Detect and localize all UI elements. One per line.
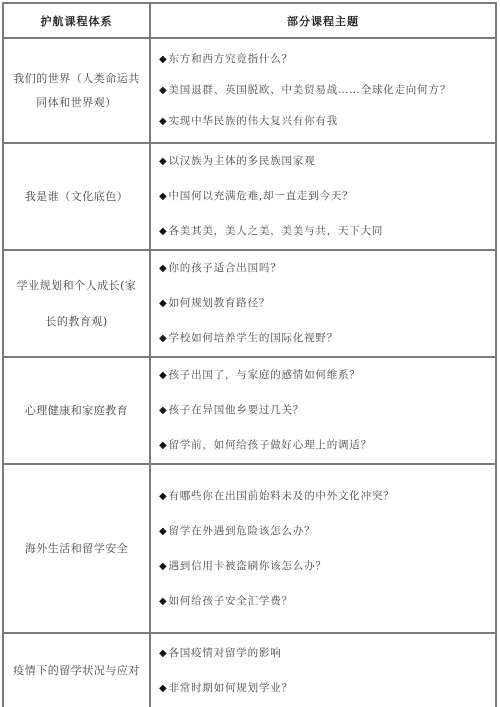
topics-cell: ◆东方和西方究竟指什么？ ◆美国退群、英国脱欧、中美贸易战……全球化走向何方？ …: [150, 38, 496, 143]
diamond-bullet-icon: ◆: [159, 156, 168, 167]
topic-item: ◆留学在外遇到危险该怎么办？: [159, 514, 489, 549]
diamond-bullet-icon: ◆: [159, 491, 168, 502]
category-cell: 疫情下的留学状况与应对: [3, 633, 150, 707]
category-line: 我是谁（文化底色）: [10, 185, 143, 209]
category-cell: 我是谁（文化底色）: [3, 143, 150, 250]
diamond-bullet-icon: ◆: [159, 683, 168, 694]
topics-cell: ◆以汉族为主体的多民族国家观 ◆中国何以充满危难,却一直走到今天？ ◆各美其美，…: [150, 143, 496, 250]
topic-item: ◆孩子出国了，与家庭的感情如何维系？: [159, 358, 489, 393]
category-cell: 海外生活和留学安全: [3, 464, 150, 633]
table-row: 海外生活和留学安全 ◆有哪些你在出国前始料未及的中外文化冲突？ ◆留学在外遇到危…: [3, 464, 496, 633]
category-line: 学业规划和个人成长(家: [10, 268, 143, 304]
category-cell: 学业规划和个人成长(家 长的教育观): [3, 250, 150, 357]
topic-item: ◆有哪些你在出国前始料未及的中外文化冲突？: [159, 479, 489, 514]
category-cell: 我们的世界（人类命运共 同体和世界观）: [3, 38, 150, 143]
diamond-bullet-icon: ◆: [159, 191, 168, 202]
diamond-bullet-icon: ◆: [159, 370, 168, 381]
diamond-bullet-icon: ◆: [159, 298, 168, 309]
diamond-bullet-icon: ◆: [159, 440, 168, 451]
topic-item: ◆美国退群、英国脱欧、中美贸易战……全球化走向何方？: [159, 75, 489, 106]
table-row: 我是谁（文化底色） ◆以汉族为主体的多民族国家观 ◆中国何以充满危难,却一直走到…: [3, 143, 496, 250]
curriculum-table: 护航课程体系 部分课程主题 我们的世界（人类命运共 同体和世界观） ◆东方和西方…: [2, 2, 497, 707]
topic-item: ◆中国何以充满危难,却一直走到今天？: [159, 179, 489, 214]
topic-item: ◆如何规划教育路径？: [159, 286, 489, 321]
diamond-bullet-icon: ◆: [159, 54, 168, 65]
topic-item: ◆留学前，如何给孩子做好心理上的调适？: [159, 428, 489, 463]
topic-item: ◆实现中华民族的伟大复兴有你有我: [159, 106, 489, 137]
diamond-bullet-icon: ◆: [159, 596, 168, 607]
topics-cell: ◆有哪些你在出国前始料未及的中外文化冲突？ ◆留学在外遇到危险该怎么办？ ◆遇到…: [150, 464, 496, 633]
diamond-bullet-icon: ◆: [159, 561, 168, 572]
topic-item: ◆遇到信用卡被盗刷你该怎么办？: [159, 549, 489, 584]
category-cell: 心理健康和家庭教育: [3, 357, 150, 464]
diamond-bullet-icon: ◆: [159, 648, 168, 659]
category-line: 我们的世界（人类命运共: [10, 67, 143, 91]
table-row: 疫情下的留学状况与应对 ◆各国疫情对留学的影响 ◆非常时期如何规划学业？: [3, 633, 496, 707]
category-line: 海外生活和留学安全: [10, 537, 143, 561]
diamond-bullet-icon: ◆: [159, 116, 168, 127]
table-row: 学业规划和个人成长(家 长的教育观) ◆你的孩子适合出国吗？ ◆如何规划教育路径…: [3, 250, 496, 357]
diamond-bullet-icon: ◆: [159, 85, 168, 96]
topic-item: ◆各国疫情对留学的影响: [159, 636, 489, 671]
header-course-system: 护航课程体系: [3, 3, 150, 38]
diamond-bullet-icon: ◆: [159, 226, 168, 237]
topics-cell: ◆各国疫情对留学的影响 ◆非常时期如何规划学业？: [150, 633, 496, 707]
diamond-bullet-icon: ◆: [159, 405, 168, 416]
diamond-bullet-icon: ◆: [159, 526, 168, 537]
table-row: 心理健康和家庭教育 ◆孩子出国了，与家庭的感情如何维系？ ◆孩子在异国他乡要过几…: [3, 357, 496, 464]
topic-item: ◆以汉族为主体的多民族国家观: [159, 144, 489, 179]
category-line: 心理健康和家庭教育: [10, 399, 143, 423]
category-line: 长的教育观): [10, 304, 143, 340]
category-line: 同体和世界观）: [10, 91, 143, 115]
diamond-bullet-icon: ◆: [159, 333, 168, 344]
topic-item: ◆如何给孩子安全汇学费？: [159, 584, 489, 619]
header-row: 护航课程体系 部分课程主题: [3, 3, 496, 38]
table-row: 我们的世界（人类命运共 同体和世界观） ◆东方和西方究竟指什么？ ◆美国退群、英…: [3, 38, 496, 143]
topics-cell: ◆孩子出国了，与家庭的感情如何维系？ ◆孩子在异国他乡要过几关？ ◆留学前，如何…: [150, 357, 496, 464]
topic-item: ◆各美其美，美人之美，美美与共，天下大同: [159, 214, 489, 249]
diamond-bullet-icon: ◆: [159, 263, 168, 274]
topic-item: ◆学校如何培养学生的国际化视野？: [159, 321, 489, 356]
header-course-topics: 部分课程主题: [150, 3, 496, 38]
topic-item: ◆你的孩子适合出国吗？: [159, 251, 489, 286]
topic-item: ◆东方和西方究竟指什么？: [159, 44, 489, 75]
topics-cell: ◆你的孩子适合出国吗？ ◆如何规划教育路径？ ◆学校如何培养学生的国际化视野？: [150, 250, 496, 357]
category-line: 疫情下的留学状况与应对: [10, 659, 143, 683]
topic-item: ◆孩子在异国他乡要过几关？: [159, 393, 489, 428]
topic-item: ◆非常时期如何规划学业？: [159, 671, 489, 706]
